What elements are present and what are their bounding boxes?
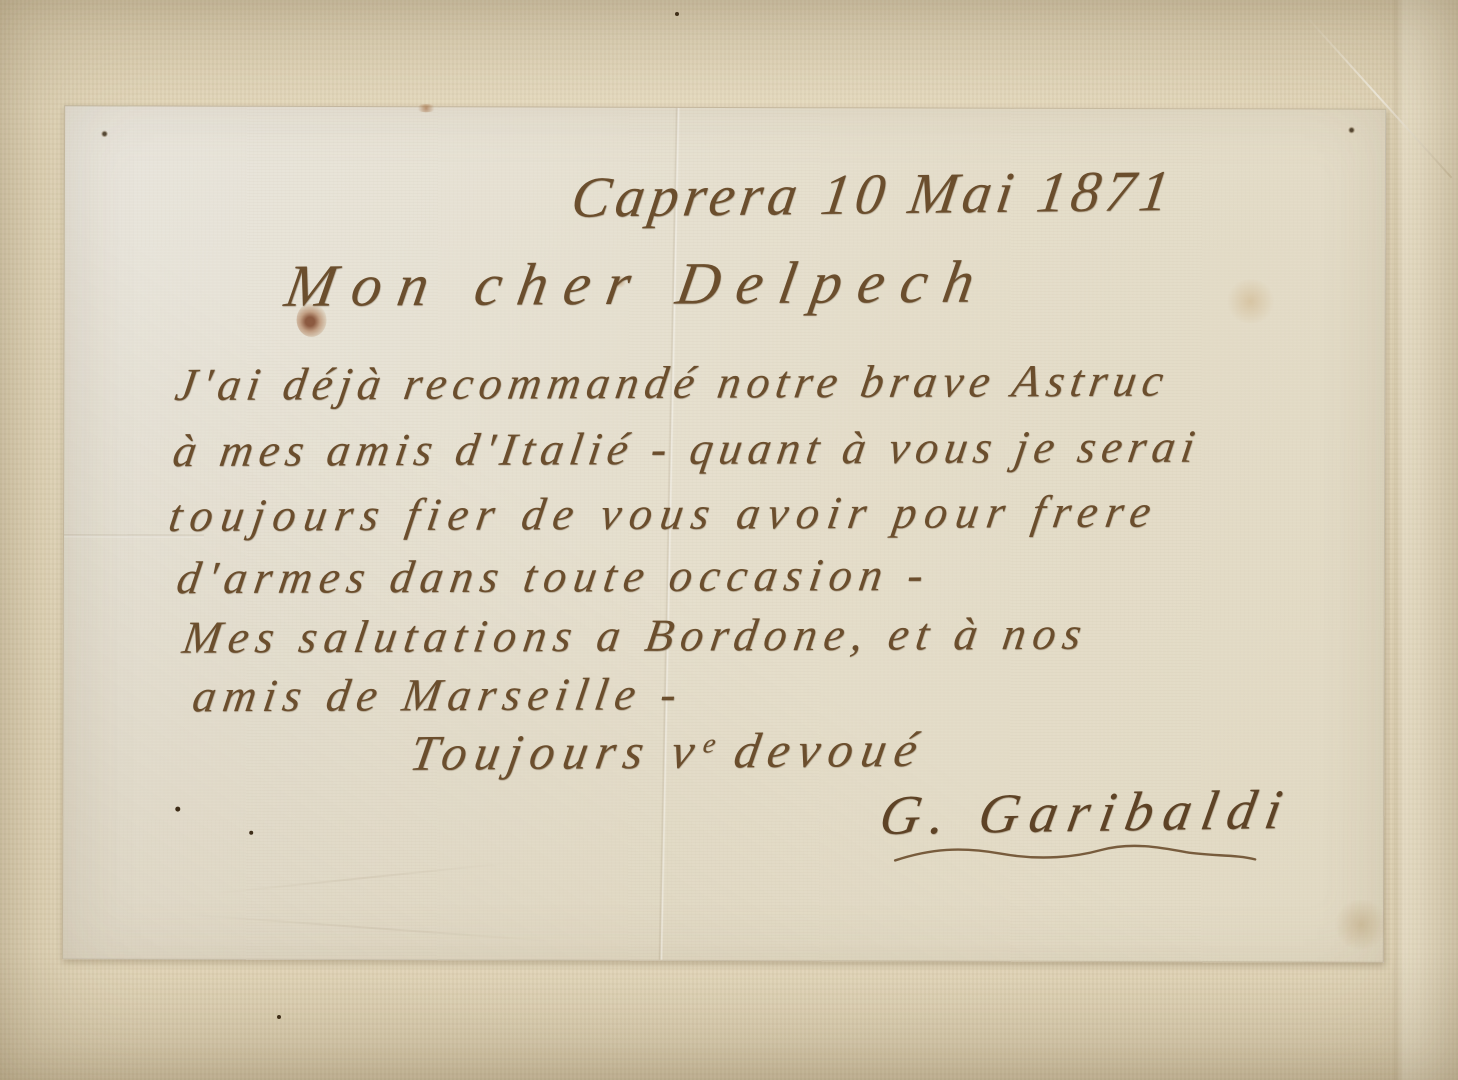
- body-line-5: Mes salutations a Bordone, et à nos: [179, 607, 1092, 664]
- pinhole: [1348, 127, 1355, 134]
- letter-photograph: Caprera 10 Mai 1871 Mon cher Delpech J'a…: [0, 0, 1458, 1080]
- valediction: Toujours ve devoué: [406, 720, 930, 782]
- letter-paper: Caprera 10 Mai 1871 Mon cher Delpech J'a…: [62, 105, 1386, 962]
- foxing-stain: [1333, 900, 1389, 950]
- salutation: Mon cher Delpech: [280, 248, 995, 321]
- foxing-stain: [1225, 279, 1277, 323]
- valediction-text: Toujours v: [406, 723, 707, 781]
- signature-flourish: [891, 840, 1259, 867]
- body-line-2: à mes amis d'Italié - quant à vous je se…: [170, 420, 1205, 477]
- body-line-4: d'armes dans toute occasion -: [173, 548, 934, 604]
- paper-speck: [249, 831, 253, 835]
- faint-crease: [214, 862, 513, 895]
- body-line-6: amis de Marseille -: [189, 667, 687, 722]
- paper-speck: [175, 807, 180, 812]
- pinhole: [101, 130, 108, 137]
- valediction-text: devoué: [710, 721, 930, 779]
- mat-right-light-strip: [1394, 0, 1458, 1080]
- mat-speck: [277, 1015, 281, 1019]
- body-line-1: J'ai déjà recommandé notre brave Astruc: [172, 354, 1173, 411]
- mat-speck: [675, 12, 679, 16]
- faint-crease: [183, 913, 562, 942]
- signature: G. Garibaldi: [875, 778, 1297, 848]
- body-line-3: toujours fier de vous avoir pour frere: [165, 485, 1162, 542]
- dateline: Caprera 10 Mai 1871: [567, 157, 1178, 231]
- rust-stain: [415, 104, 437, 112]
